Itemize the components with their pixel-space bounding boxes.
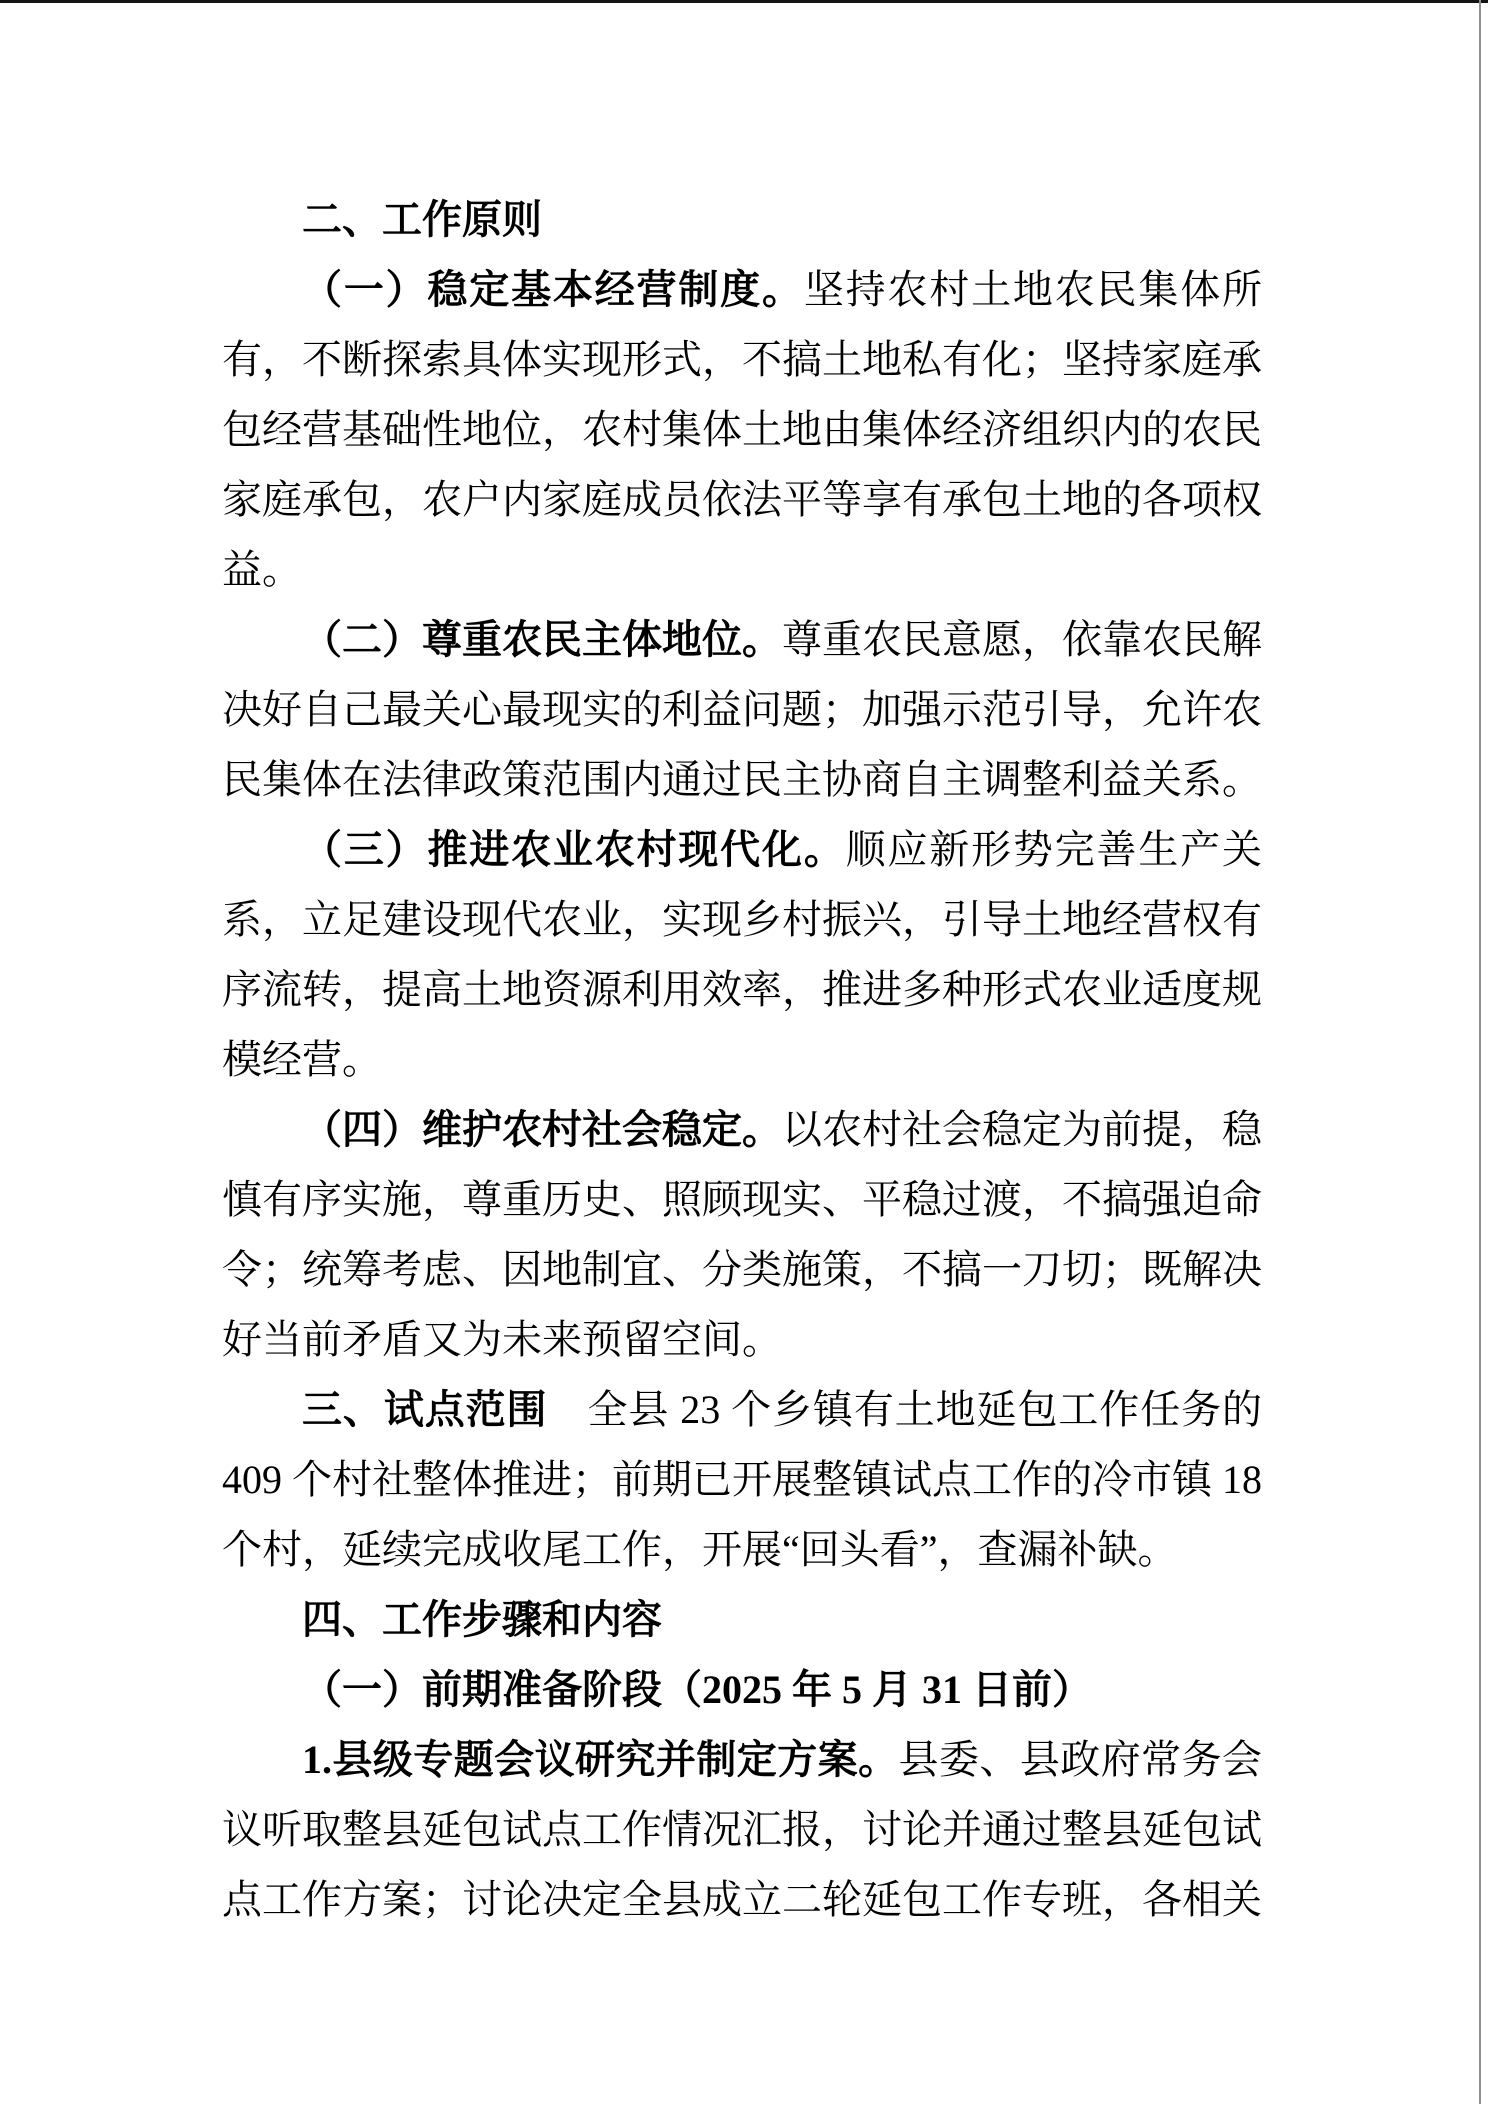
paragraph-lead: （四）维护农村社会稳定。	[302, 1107, 782, 1152]
paragraph-text: 坚持农村土地农民集体所有，不断探索具体实现形式，不搞土地私有化；坚持家庭承包经营…	[222, 267, 1262, 592]
section-heading-work-principles: 二、工作原则	[222, 185, 1262, 255]
document-page: 二、工作原则 （一）稳定基本经营制度。坚持农村土地农民集体所有，不断探索具体实现…	[0, 0, 1488, 2104]
paragraph-pilot-scope: 三、试点范围全县 23 个乡镇有土地延包工作任务的 409 个村社整体推进；前期…	[222, 1375, 1262, 1585]
sub-heading-text: （一）前期准备阶段（2025 年 5 月 31 日前）	[302, 1667, 1092, 1712]
paragraph-principle-4: （四）维护农村社会稳定。以农村社会稳定为前提，稳慎有序实施，尊重历史、照顾现实、…	[222, 1095, 1262, 1375]
paragraph-principle-1: （一）稳定基本经营制度。坚持农村土地农民集体所有，不断探索具体实现形式，不搞土地…	[222, 255, 1262, 605]
paragraph-principle-3: （三）推进农业农村现代化。顺应新形势完善生产关系，立足建设现代农业，实现乡村振兴…	[222, 815, 1262, 1095]
document-content: 二、工作原则 （一）稳定基本经营制度。坚持农村土地农民集体所有，不断探索具体实现…	[222, 185, 1262, 1935]
page-right-edge	[1479, 0, 1481, 2104]
page-top-edge	[0, 0, 1488, 3]
sub-heading-preparation-stage: （一）前期准备阶段（2025 年 5 月 31 日前）	[222, 1655, 1262, 1725]
paragraph-principle-2: （二）尊重农民主体地位。尊重农民意愿，依靠农民解决好自己最关心最现实的利益问题；…	[222, 605, 1262, 815]
paragraph-lead: （二）尊重农民主体地位。	[302, 617, 782, 662]
paragraph-lead: （一）稳定基本经营制度。	[302, 267, 804, 312]
section-heading-pilot-scope: 三、试点范围	[302, 1388, 547, 1432]
section-heading-work-steps: 四、工作步骤和内容	[222, 1585, 1262, 1655]
paragraph-county-meeting: 1.县级专题会议研究并制定方案。县委、县政府常务会议听取整县延包试点工作情况汇报…	[222, 1725, 1262, 1935]
paragraph-lead: （三）推进农业农村现代化。	[302, 827, 846, 872]
paragraph-lead: 1.县级专题会议研究并制定方案。	[302, 1737, 899, 1782]
